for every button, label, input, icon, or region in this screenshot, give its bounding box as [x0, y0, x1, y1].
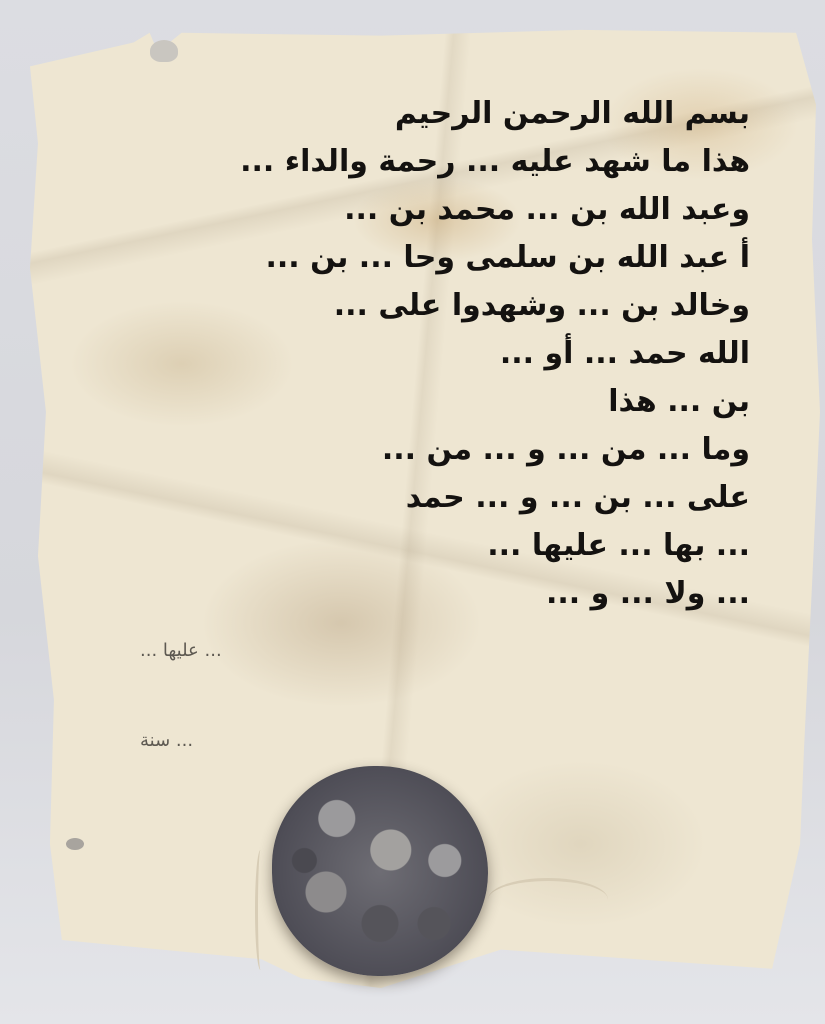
seal-string-left — [255, 850, 266, 970]
manuscript-text: بسم الله الرحمن الرحيم هذا ما شهد عليه .… — [90, 90, 750, 618]
text-line-4: أ عبد الله بن سلمى وحا ... بن ... — [90, 234, 750, 282]
text-line-5: وخالد بن ... وشهدوا على ... — [90, 282, 750, 330]
clay-seal — [272, 766, 488, 976]
parchment-hole — [66, 838, 84, 850]
text-line-10: ... بها ... عليها ... — [90, 522, 750, 570]
marginal-note-2: ... سنة — [140, 730, 193, 751]
text-line-6: الله حمد ... أو ... — [90, 330, 750, 378]
text-line-1: بسم الله الرحمن الرحيم — [90, 90, 750, 138]
text-line-8: وما ... من ... و ... من ... — [90, 426, 750, 474]
text-line-9: على ... بن ... و ... حمد — [90, 474, 750, 522]
seal-string-right — [488, 878, 608, 921]
text-line-2: هذا ما شهد عليه ... رحمة والداء ... — [90, 138, 750, 186]
text-line-11: ... ولا ... و ... — [90, 570, 750, 618]
text-line-7: بن ... هذا — [90, 378, 750, 426]
marginal-note-1: ... عليها ... — [140, 640, 222, 661]
parchment-tear — [150, 40, 178, 62]
text-line-3: وعبد الله بن ... محمد بن ... — [90, 186, 750, 234]
